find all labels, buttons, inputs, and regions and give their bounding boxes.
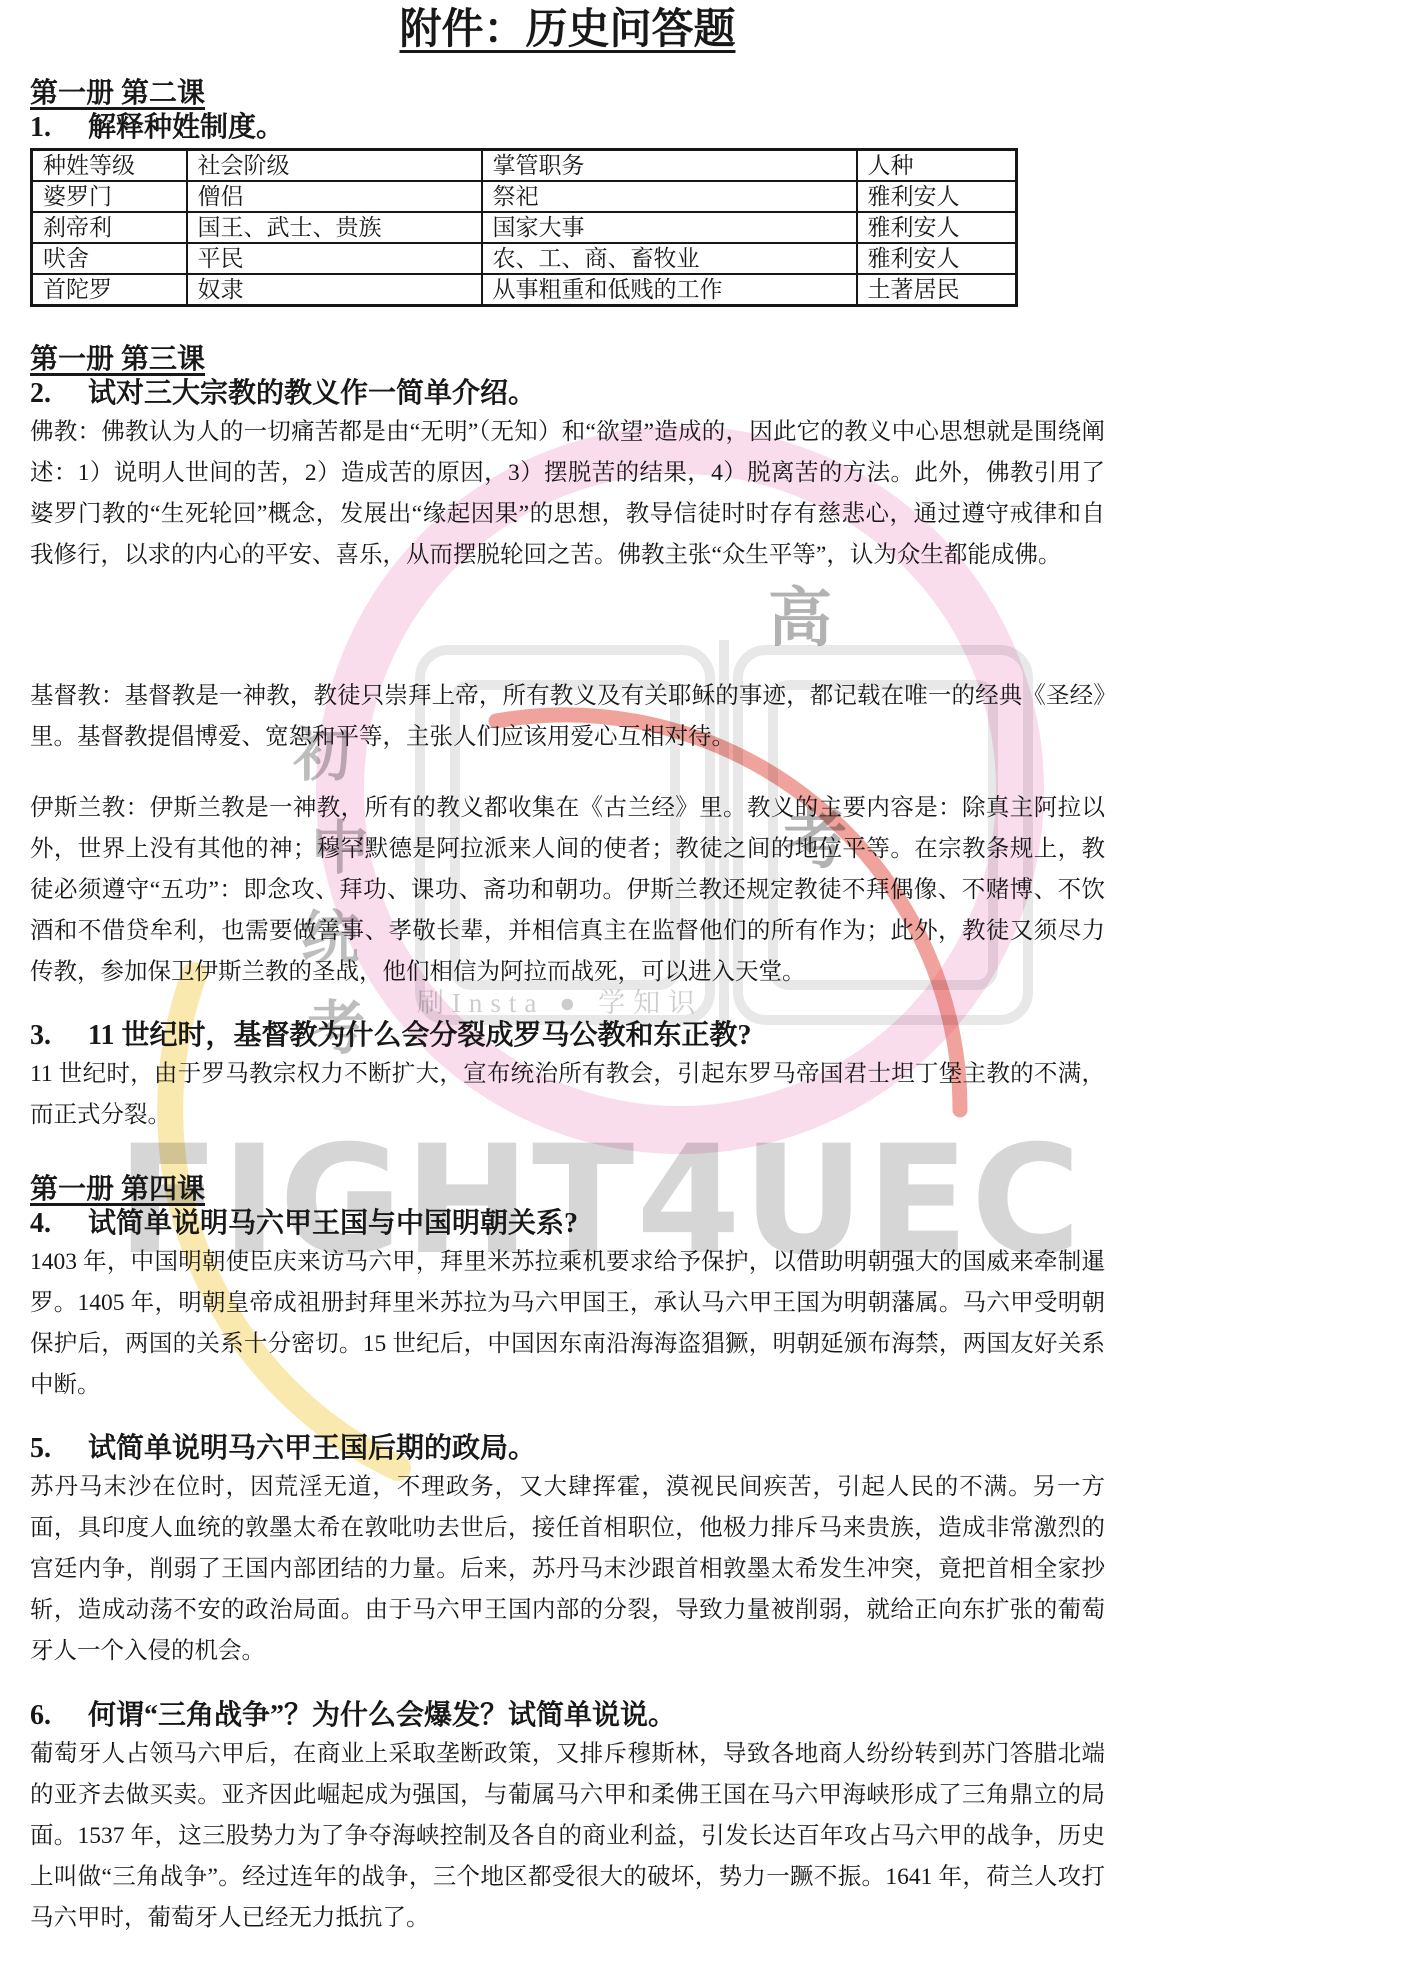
table-header-cell: 掌管职务 xyxy=(482,150,857,182)
document-content: 附件：历史问答题 第一册 第二课 1. 解释种姓制度。 种姓等级 社会阶级 掌管… xyxy=(30,0,1105,1939)
answer-buddhism: 佛教：佛教认为人的一切痛苦都是由“无明”（无知）和“欲望”造成的，因此它的教义中… xyxy=(30,412,1105,576)
question-1-number: 1. xyxy=(30,112,88,144)
question-5-heading: 5. 试简单说明马六甲王国后期的政局。 xyxy=(30,1433,1105,1465)
table-cell: 国王、武士、贵族 xyxy=(187,212,482,243)
table-cell: 吠舍 xyxy=(32,243,187,274)
question-3-text: 11 世纪时，基督教为什么会分裂成罗马公教和东正教? xyxy=(88,1020,751,1052)
question-3-heading: 3. 11 世纪时，基督教为什么会分裂成罗马公教和东正教? xyxy=(30,1020,1105,1052)
table-cell: 平民 xyxy=(187,243,482,274)
answer-islam: 伊斯兰教：伊斯兰教是一神教，所有的教义都收集在《古兰经》里。教义的主要内容是：除… xyxy=(30,788,1105,993)
question-1-text: 解释种姓制度。 xyxy=(88,112,284,144)
table-header-row: 种姓等级 社会阶级 掌管职务 人种 xyxy=(32,150,1017,182)
table-cell: 土著居民 xyxy=(857,274,1017,306)
question-4-heading: 4. 试简单说明马六甲王国与中国明朝关系? xyxy=(30,1208,1105,1240)
table-cell: 从事粗重和低贱的工作 xyxy=(482,274,857,306)
section-heading-book1-lesson4: 第一册 第四课 xyxy=(30,1174,1105,1206)
table-cell: 僧侣 xyxy=(187,181,482,212)
table-cell: 雅利安人 xyxy=(857,212,1017,243)
table-cell: 雅利安人 xyxy=(857,243,1017,274)
table-header-cell: 社会阶级 xyxy=(187,150,482,182)
caste-system-table: 种姓等级 社会阶级 掌管职务 人种 婆罗门 僧侣 祭祀 雅利安人 刹帝利 国王、… xyxy=(30,148,1018,307)
table-row: 婆罗门 僧侣 祭祀 雅利安人 xyxy=(32,181,1017,212)
answer-melaka-ming: 1403 年，中国明朝使臣庆来访马六甲，拜里米苏拉乘机要求给予保护，以借助明朝强… xyxy=(30,1242,1105,1406)
question-5-number: 5. xyxy=(30,1433,88,1465)
question-2-text: 试对三大宗教的教义作一简单介绍。 xyxy=(88,378,536,410)
question-5-text: 试简单说明马六甲王国后期的政局。 xyxy=(88,1433,536,1465)
question-2-heading: 2. 试对三大宗教的教义作一简单介绍。 xyxy=(30,378,1105,410)
page-title: 附件：历史问答题 xyxy=(30,6,1105,54)
table-cell: 雅利安人 xyxy=(857,181,1017,212)
answer-triangular-war: 葡萄牙人占领马六甲后，在商业上采取垄断政策，又排斥穆斯林，导致各地商人纷纷转到苏… xyxy=(30,1734,1105,1939)
table-cell: 刹帝利 xyxy=(32,212,187,243)
question-3-number: 3. xyxy=(30,1020,88,1052)
table-header-cell: 人种 xyxy=(857,150,1017,182)
question-6-text: 何谓“三角战争”？为什么会爆发？试简单说说。 xyxy=(88,1700,676,1732)
answer-christianity: 基督教：基督教是一神教，教徒只崇拜上帝，所有教义及有关耶稣的事迹，都记载在唯一的… xyxy=(30,676,1105,758)
table-cell: 农、工、商、畜牧业 xyxy=(482,243,857,274)
question-4-text: 试简单说明马六甲王国与中国明朝关系? xyxy=(88,1208,578,1240)
table-cell: 奴隶 xyxy=(187,274,482,306)
table-row: 首陀罗 奴隶 从事粗重和低贱的工作 土著居民 xyxy=(32,274,1017,306)
table-row: 吠舍 平民 农、工、商、畜牧业 雅利安人 xyxy=(32,243,1017,274)
table-cell: 首陀罗 xyxy=(32,274,187,306)
answer-melaka-late-politics: 苏丹马末沙在位时，因荒淫无道，不理政务，又大肆挥霍，漠视民间疾苦，引起人民的不满… xyxy=(30,1467,1105,1672)
question-4-number: 4. xyxy=(30,1208,88,1240)
section-heading-book1-lesson2: 第一册 第二课 xyxy=(30,78,1105,110)
question-6-heading: 6. 何谓“三角战争”？为什么会爆发？试简单说说。 xyxy=(30,1700,1105,1732)
section-heading-book1-lesson3: 第一册 第三课 xyxy=(30,344,1105,376)
answer-schism: 11 世纪时，由于罗马教宗权力不断扩大，宣布统治所有教会，引起东罗马帝国君士坦丁… xyxy=(30,1054,1105,1136)
table-header-cell: 种姓等级 xyxy=(32,150,187,182)
table-cell: 婆罗门 xyxy=(32,181,187,212)
question-2-number: 2. xyxy=(30,378,88,410)
table-cell: 国家大事 xyxy=(482,212,857,243)
question-6-number: 6. xyxy=(30,1700,88,1732)
table-cell: 祭祀 xyxy=(482,181,857,212)
table-row: 刹帝利 国王、武士、贵族 国家大事 雅利安人 xyxy=(32,212,1017,243)
history-qa-document: 初 中 统 考 高 考 刷Insta ● 学知识 FIGHT4UEC 附件：历史… xyxy=(0,0,1414,1974)
question-1-heading: 1. 解释种姓制度。 xyxy=(30,112,1105,144)
